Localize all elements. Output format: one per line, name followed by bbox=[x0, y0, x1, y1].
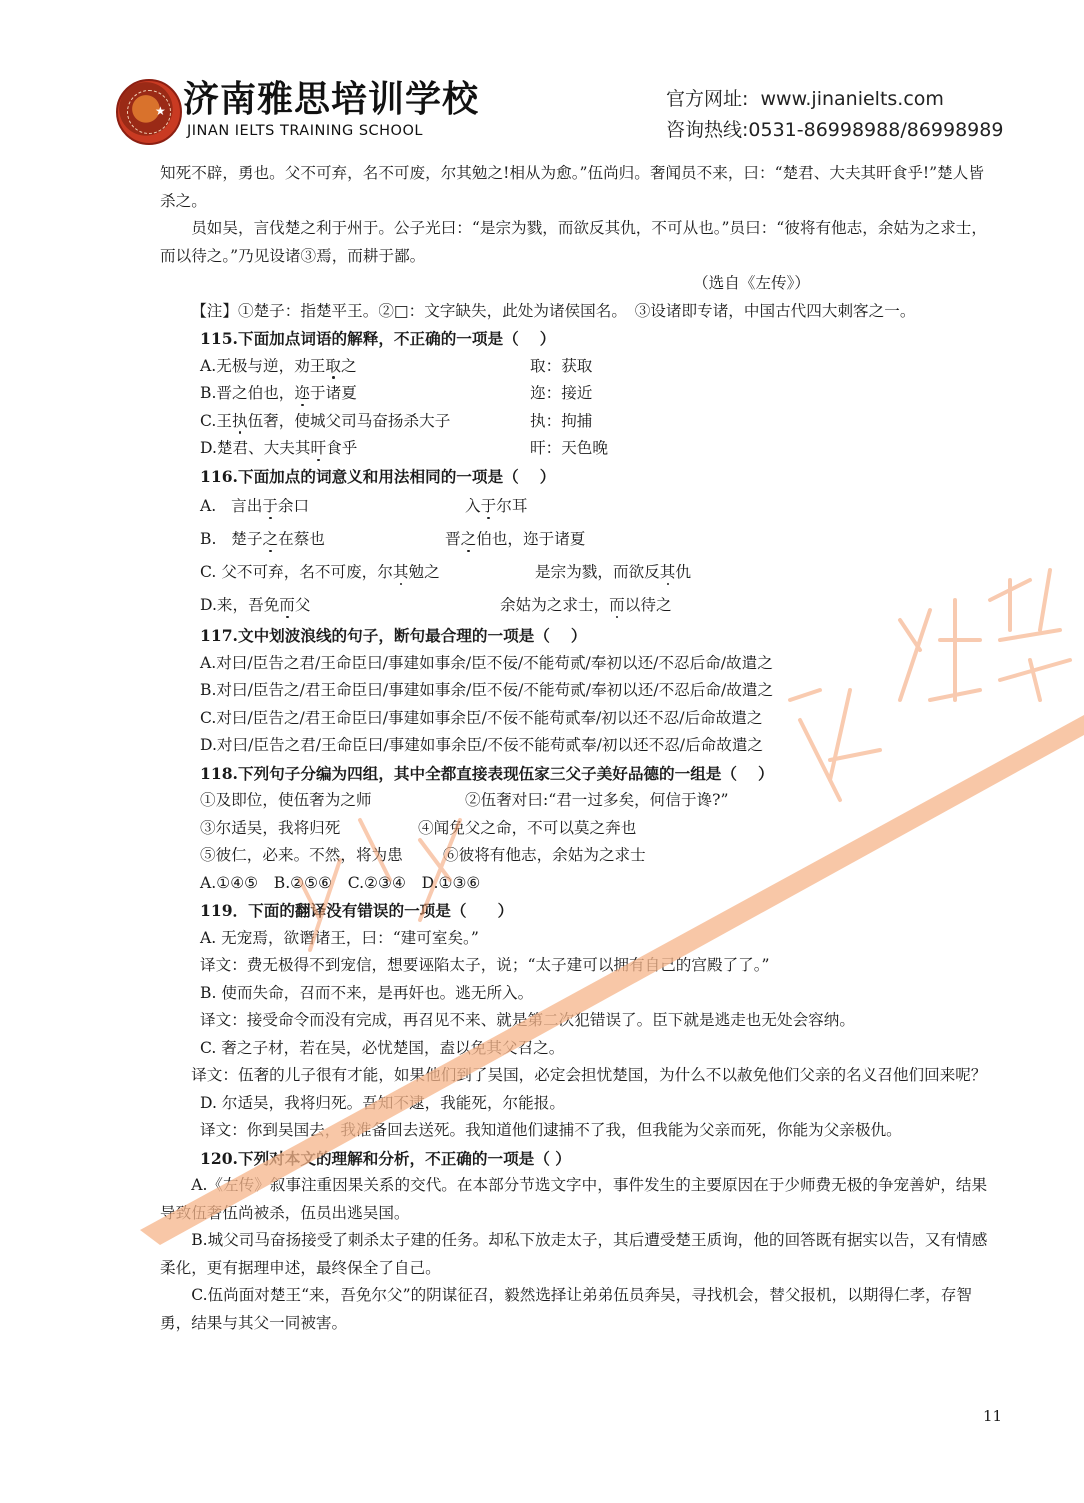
option-b: B.对曰/臣告之/君王命臣曰/事建如事余/臣不佞/不能苟贰/奉初以还/不忍后命/… bbox=[160, 677, 998, 705]
option-b: B. 楚子之在蔡也晋之伯也，迩于诸夏 bbox=[160, 523, 998, 556]
option-d: D.楚君、大夫其旰食乎旰：天色晚 bbox=[160, 435, 998, 463]
question-115-options: A.无极与逆，劝王取之取：获取 B.晋之伯也，迩于诸夏迩：接近 C.王执伍奢，使… bbox=[160, 353, 998, 463]
option-c: C.王执伍奢，使城父司马奋扬杀大子执：拘捕 bbox=[160, 408, 998, 436]
emphasis-dot: 取 bbox=[325, 357, 341, 375]
option-d: D. 尔适吴，我将归死。吾知不逮，我能死，尔能报。 bbox=[160, 1090, 998, 1118]
option-a: A.对曰/臣告之君/王命臣曰/事建如事余/臣不佞/不能苟贰/奉初以还/不忍后命/… bbox=[160, 650, 998, 678]
gloss: 执：拘捕 bbox=[530, 412, 592, 430]
website-line: 官方网址: www.jinanielts.com bbox=[666, 84, 1003, 115]
passage-source: （选自《左传》） bbox=[160, 270, 998, 298]
question-119-stem: 119．下面的翻译没有错误的一项是（ ） bbox=[160, 897, 998, 925]
option-b: B.晋之伯也，迩于诸夏迩：接近 bbox=[160, 380, 998, 408]
option-b: B.城父司马奋扬接受了刺杀太子建的任务。却私下放走太子，其后遭受楚王质询，他的回… bbox=[160, 1227, 998, 1282]
option-a: A. 言出于余口入于尔耳 bbox=[160, 490, 998, 523]
option-c: C. 奢之子材，若在吴，必忧楚国，盍以免其父召之。 bbox=[160, 1035, 998, 1063]
star-icon: ★ bbox=[155, 105, 166, 117]
gloss: 旰：天色晚 bbox=[530, 439, 608, 457]
translation: 译文：伍奢的儿子很有才能，如果他们到了吴国，必定会担忧楚国，为什么不以赦免他们父… bbox=[160, 1062, 998, 1090]
translation: 译文：接受命令而没有完成，再召见不来、就是第二次犯错误了。臣下就是逃走也无处会容… bbox=[160, 1007, 998, 1035]
website-label: 官方网址: bbox=[666, 88, 748, 110]
option-c: C.对曰/臣告之/君王命臣曰/事建如事余臣/不佞不能苟贰奉/初以还不忍/后命故遣… bbox=[160, 705, 998, 733]
question-116-stem: 116.下面加点的词意义和用法相同的一项是（ ） bbox=[160, 463, 998, 491]
emphasis-dot: 而 bbox=[609, 596, 625, 614]
contact-info: 官方网址: www.jinanielts.com 咨询热线:0531-86998… bbox=[666, 84, 1003, 146]
emphasis-dot: 其 bbox=[660, 563, 676, 581]
emphasis-dot: 其 bbox=[393, 563, 409, 581]
option-a: A.无极与逆，劝王取之取：获取 bbox=[160, 353, 998, 381]
gloss: 迩：接近 bbox=[530, 384, 592, 402]
hotline-line: 咨询热线:0531-86998988/86998989 bbox=[666, 115, 1003, 146]
passage-paragraph: 知死不辟，勇也。父不可弃，名不可废，尔其勉之!相从为愈。”伍尚归。奢闻员不来，曰… bbox=[160, 160, 998, 215]
hotline-label: 咨询热线: bbox=[666, 119, 748, 141]
option-d: D.对曰/臣告之君/王命臣曰/事建如事余臣/不佞不能苟贰奉/初以还不忍/后命故遣… bbox=[160, 732, 998, 760]
page-number: 11 bbox=[983, 1407, 1002, 1425]
question-116-options: A. 言出于余口入于尔耳 B. 楚子之在蔡也晋之伯也，迩于诸夏 C. 父不可弃，… bbox=[160, 490, 998, 622]
page-header: ★ 济南雅思培训学校 JINAN IELTS TRAINING SCHOOL 官… bbox=[0, 0, 1084, 160]
option-d: D.来，吾免而父余姑为之求士，而以待之 bbox=[160, 589, 998, 622]
emphasis-dot: 执 bbox=[232, 412, 248, 430]
question-115-stem: 115.下面加点词语的解释，不正确的一项是（ ） bbox=[160, 325, 998, 353]
gloss: 取：获取 bbox=[530, 357, 592, 375]
option-c: C. 父不可弃，名不可废，尔其勉之是宗为戮，而欲反其仇 bbox=[160, 556, 998, 589]
emphasis-dot: 于 bbox=[481, 497, 497, 515]
option-a: A.《左传》叙事注重因果关系的交代。在本部分节选文字中，事件发生的主要原因在于少… bbox=[160, 1172, 998, 1227]
emphasis-dot: 而 bbox=[279, 596, 295, 614]
document-body: 知死不辟，勇也。父不可弃，名不可废，尔其勉之!相从为愈。”伍尚归。奢闻员不来，曰… bbox=[160, 160, 998, 1337]
passage-note: 【注】①楚子：指楚平王。②□：文字缺失，此处为诸侯国名。 ③设诸即专诸，中国古代… bbox=[160, 298, 998, 326]
passage-paragraph: 员如吴，言伐楚之利于州于。公子光曰：“是宗为戮，而欲反其仇，不可从也。”员曰：“… bbox=[160, 215, 998, 270]
option-a: A. 无宠焉，欲谮诸王，曰：“建可室矣。” bbox=[160, 925, 998, 953]
item-row: ①及即位，使伍奢为之师②伍奢对曰:“君一过多矣，何信于谗?” bbox=[160, 787, 998, 815]
emphasis-dot: 之 bbox=[461, 530, 477, 548]
question-118-stem: 118.下列句子分编为四组，其中全都直接表现伍家三父子美好品德的一组是（ ） bbox=[160, 760, 998, 788]
item-row: ⑤彼仁，必来。不然，将为患⑥彼将有他志，余姑为之求士 bbox=[160, 842, 998, 870]
question-117-stem: 117.文中划波浪线的句子，断句最合理的一项是（ ） bbox=[160, 622, 998, 650]
emphasis-dot: 于 bbox=[262, 497, 278, 515]
emphasis-dot: 旰 bbox=[310, 439, 326, 457]
translation: 译文：费无极得不到宠信，想要诬陷太子，说；“太子建可以拥有自己的宫殿了了。” bbox=[160, 952, 998, 980]
brand-name-en: JINAN IELTS TRAINING SCHOOL bbox=[187, 122, 423, 140]
option-c: C.伍尚面对楚王“来，吾免尔父”的阴谋征召，毅然选择让弟弟伍员奔吴，寻找机会，替… bbox=[160, 1282, 998, 1337]
item-row: ③尔适吴，我将归死④闻免父之命，不可以莫之奔也 bbox=[160, 815, 998, 843]
option-b: B. 使而失命，召而不来，是再奸也。逃无所入。 bbox=[160, 980, 998, 1008]
website-link[interactable]: www.jinanielts.com bbox=[761, 88, 944, 110]
answer-choices: A.①④⑤ B.②⑤⑥ C.②③④ D.①③⑥ bbox=[160, 870, 998, 898]
brand-name-cn: 济南雅思培训学校 bbox=[183, 80, 479, 120]
emphasis-dot: 之 bbox=[263, 530, 279, 548]
emphasis-dot: 迩 bbox=[294, 384, 310, 402]
translation: 译文：你到吴国去，我准备回去送死。我知道他们逮捕不了我，但我能为父亲而死，你能为… bbox=[160, 1117, 998, 1145]
hotline-number: 0531-86998988/86998989 bbox=[748, 119, 1003, 141]
school-emblem-icon: ★ bbox=[116, 79, 182, 145]
question-120-stem: 120.下列对本文的理解和分析，不正确的一项是（ ） bbox=[160, 1145, 998, 1173]
